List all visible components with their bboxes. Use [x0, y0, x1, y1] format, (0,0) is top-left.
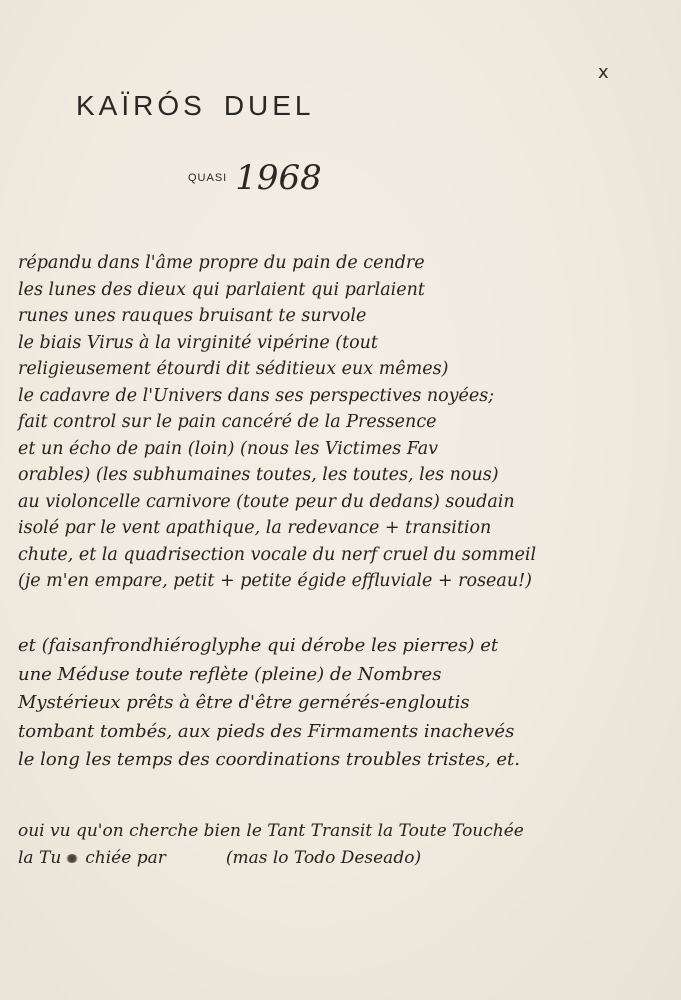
verse-line: une Méduse toute reflète (pleine) de Nom… — [18, 661, 638, 690]
verse-line: tombant tombés, aux pieds des Firmaments… — [18, 718, 638, 747]
verse-line: runes unes rauques bruisant te survole — [18, 303, 638, 330]
ink-scribble-icon — [65, 854, 79, 863]
verse-line: au violoncelle carnivore (toute peur du … — [18, 489, 638, 516]
verse-fragment-spanish: (mas lo Todo Deseado) — [226, 848, 421, 868]
verse-line: religieusement étourdi dit séditieux eux… — [18, 356, 638, 383]
poem-title: KAÏRÓSDUEL — [76, 90, 315, 122]
verse-line: le long les temps des coordinations trou… — [18, 746, 638, 775]
poem-date: QUASI1968 — [188, 158, 322, 198]
corner-mark: x — [598, 62, 609, 83]
verse-line: le cadavre de l'Univers dans ses perspec… — [18, 383, 638, 410]
stanza-2: et (faisanfrondhiéroglyphe qui dérobe le… — [18, 632, 638, 775]
stanza-3: oui vu qu'on cherche bien le Tant Transi… — [18, 818, 638, 872]
verse-line: répandu dans l'âme propre du pain de cen… — [18, 250, 638, 277]
verse-line: le biais Virus à la virginité vipérine (… — [18, 330, 638, 357]
title-word-kairos: KAÏRÓS — [76, 90, 206, 121]
date-prefix: QUASI — [188, 172, 227, 184]
verse-line: chute, et la quadrisection vocale du ner… — [18, 542, 638, 569]
verse-line: Mystérieux prêts à être d'être gernérés-… — [18, 689, 638, 718]
verse-line: (je m'en empare, petit + petite égide ef… — [18, 568, 638, 595]
title-word-duel: DUEL — [224, 90, 315, 121]
verse-fragment: la Tu — [18, 848, 61, 868]
verse-line: et (faisanfrondhiéroglyphe qui dérobe le… — [18, 632, 638, 661]
verse-line: les lunes des dieux qui parlaient qui pa… — [18, 277, 638, 304]
verse-line: oui vu qu'on cherche bien le Tant Transi… — [18, 818, 638, 845]
verse-line: orables) (les subhumaines toutes, les to… — [18, 462, 638, 489]
verse-line: isolé par le vent apathique, la redevanc… — [18, 515, 638, 542]
date-year: 1968 — [235, 158, 322, 198]
stanza-1: répandu dans l'âme propre du pain de cen… — [18, 250, 638, 595]
verse-line: fait control sur le pain cancéré de la P… — [18, 409, 638, 436]
verse-line-final: la Tuchiée par(mas lo Todo Deseado) — [18, 845, 638, 872]
verse-line: et un écho de pain (loin) (nous les Vict… — [18, 436, 638, 463]
verse-fragment: chiée par — [85, 848, 166, 868]
manuscript-page: x KAÏRÓSDUEL QUASI1968 répandu dans l'âm… — [0, 0, 681, 1000]
